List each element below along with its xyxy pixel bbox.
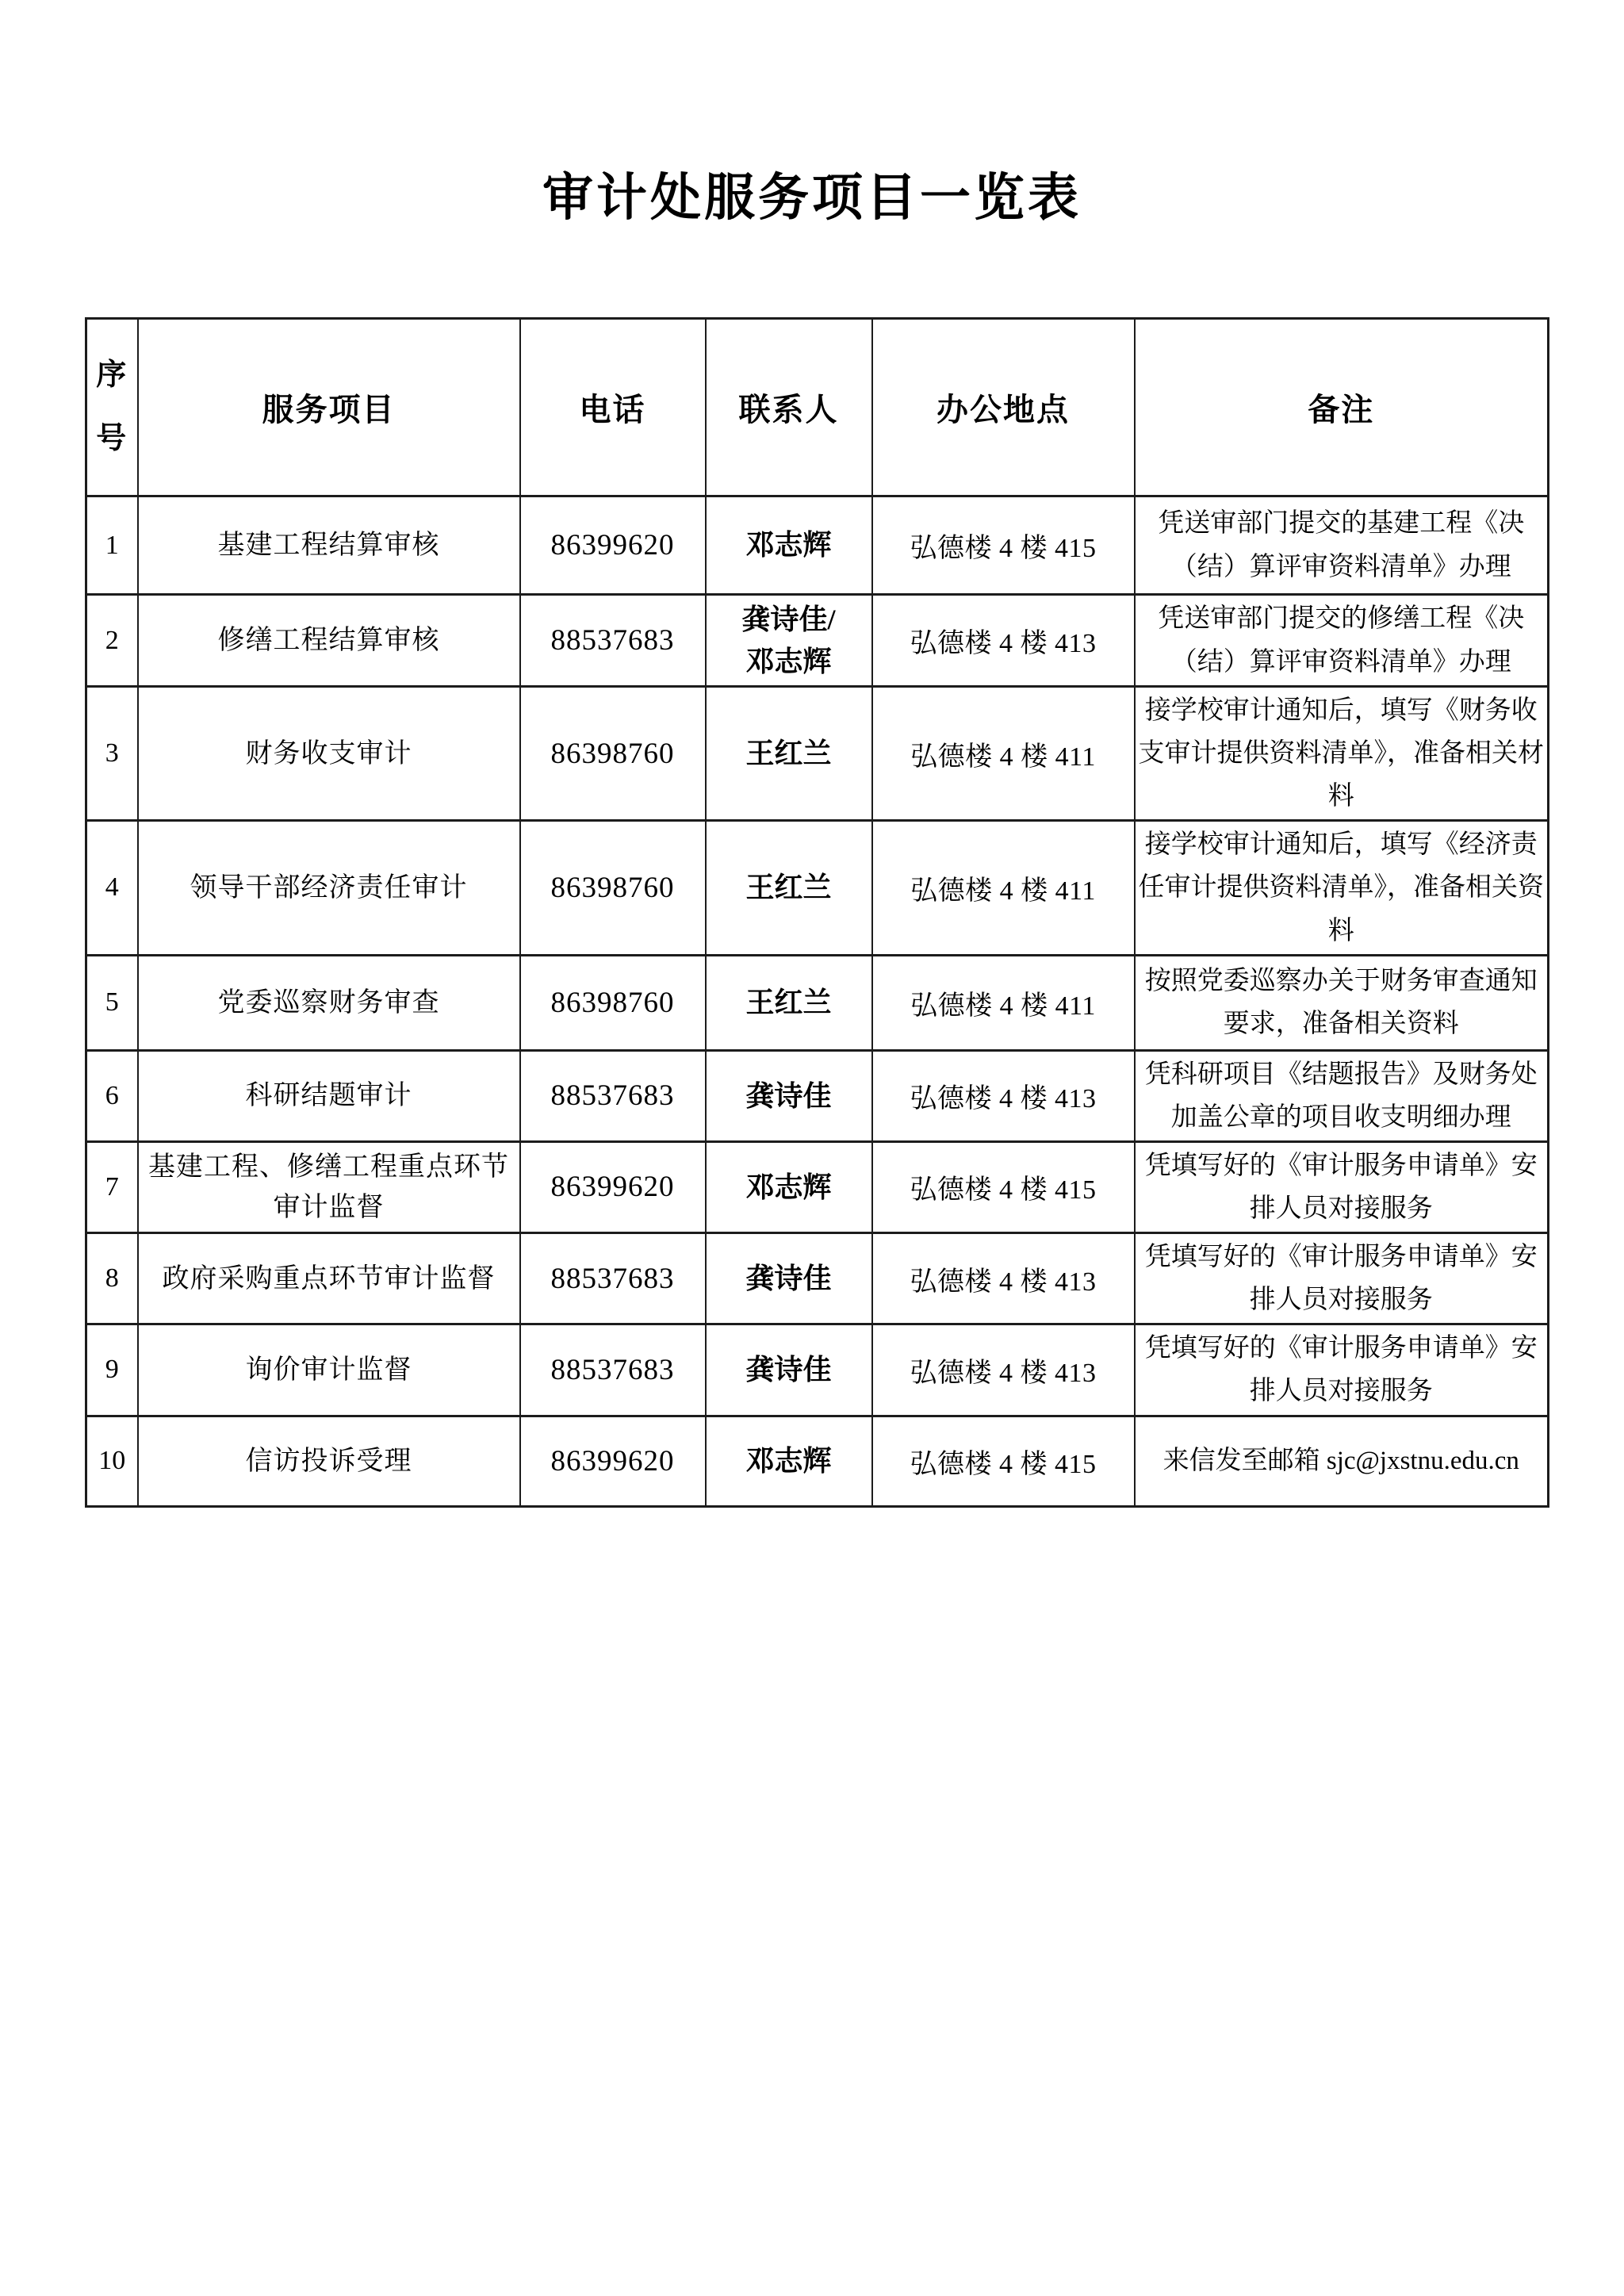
cell-index: 7	[86, 1141, 138, 1232]
cell-contact: 龚诗佳	[706, 1233, 872, 1324]
table-row: 9 询价审计监督 88537683 龚诗佳 弘德楼 4 楼 413 凭填写好的《…	[86, 1324, 1549, 1416]
cell-index: 8	[86, 1233, 138, 1324]
cell-service: 修缮工程结算审核	[138, 595, 520, 687]
cell-phone: 86398760	[520, 687, 706, 821]
table-row: 6 科研结题审计 88537683 龚诗佳 弘德楼 4 楼 413 凭科研项目《…	[86, 1050, 1549, 1141]
cell-service: 基建工程结算审核	[138, 496, 520, 595]
cell-phone: 86398760	[520, 821, 706, 955]
cell-service: 领导干部经济责任审计	[138, 821, 520, 955]
cell-service: 询价审计监督	[138, 1324, 520, 1416]
cell-remark: 来信发至邮箱 sjc@jxstnu.edu.cn	[1135, 1416, 1549, 1506]
cell-phone: 86399620	[520, 496, 706, 595]
table-row: 1 基建工程结算审核 86399620 邓志辉 弘德楼 4 楼 415 凭送审部…	[86, 496, 1549, 595]
header-index: 序 号	[86, 319, 138, 496]
cell-remark: 凭送审部门提交的修缮工程《决（结）算评审资料清单》办理	[1135, 595, 1549, 687]
service-table: 序 号 服务项目 电话 联系人 办公地点 备注 1 基建工程结算审核 86399…	[85, 317, 1549, 1508]
cell-phone: 88537683	[520, 595, 706, 687]
cell-phone: 86398760	[520, 955, 706, 1050]
cell-index: 3	[86, 687, 138, 821]
cell-location: 弘德楼 4 楼 413	[872, 595, 1135, 687]
cell-index: 5	[86, 955, 138, 1050]
cell-index: 10	[86, 1416, 138, 1506]
cell-location: 弘德楼 4 楼 411	[872, 955, 1135, 1050]
cell-service: 基建工程、修缮工程重点环节审计监督	[138, 1141, 520, 1232]
cell-contact: 龚诗佳	[706, 1324, 872, 1416]
cell-remark: 凭送审部门提交的基建工程《决（结）算评审资料清单》办理	[1135, 496, 1549, 595]
cell-location: 弘德楼 4 楼 413	[872, 1233, 1135, 1324]
table-row: 4 领导干部经济责任审计 86398760 王红兰 弘德楼 4 楼 411 接学…	[86, 821, 1549, 955]
table-row: 5 党委巡察财务审查 86398760 王红兰 弘德楼 4 楼 411 按照党委…	[86, 955, 1549, 1050]
cell-contact: 龚诗佳	[706, 1050, 872, 1141]
table-row: 2 修缮工程结算审核 88537683 龚诗佳/ 邓志辉 弘德楼 4 楼 413…	[86, 595, 1549, 687]
table-header-row: 序 号 服务项目 电话 联系人 办公地点 备注	[86, 319, 1549, 496]
cell-location: 弘德楼 4 楼 415	[872, 1416, 1135, 1506]
cell-index: 6	[86, 1050, 138, 1141]
cell-location: 弘德楼 4 楼 413	[872, 1324, 1135, 1416]
header-remark: 备注	[1135, 319, 1549, 496]
cell-index: 1	[86, 496, 138, 595]
table-row: 10 信访投诉受理 86399620 邓志辉 弘德楼 4 楼 415 来信发至邮…	[86, 1416, 1549, 1506]
table-row: 3 财务收支审计 86398760 王红兰 弘德楼 4 楼 411 接学校审计通…	[86, 687, 1549, 821]
cell-phone: 86399620	[520, 1141, 706, 1232]
cell-location: 弘德楼 4 楼 415	[872, 496, 1135, 595]
cell-remark: 凭填写好的《审计服务申请单》安排人员对接服务	[1135, 1233, 1549, 1324]
header-phone: 电话	[520, 319, 706, 496]
cell-phone: 88537683	[520, 1233, 706, 1324]
cell-location: 弘德楼 4 楼 415	[872, 1141, 1135, 1232]
cell-index: 9	[86, 1324, 138, 1416]
cell-location: 弘德楼 4 楼 413	[872, 1050, 1135, 1141]
cell-contact: 邓志辉	[706, 1416, 872, 1506]
header-contact: 联系人	[706, 319, 872, 496]
cell-contact: 王红兰	[706, 687, 872, 821]
cell-remark: 凭科研项目《结题报告》及财务处加盖公章的项目收支明细办理	[1135, 1050, 1549, 1141]
cell-contact: 邓志辉	[706, 1141, 872, 1232]
cell-index: 4	[86, 821, 138, 955]
cell-service: 科研结题审计	[138, 1050, 520, 1141]
cell-remark: 接学校审计通知后，填写《经济责任审计提供资料清单》，准备相关资料	[1135, 821, 1549, 955]
cell-index: 2	[86, 595, 138, 687]
cell-service: 党委巡察财务审查	[138, 955, 520, 1050]
cell-remark: 凭填写好的《审计服务申请单》安排人员对接服务	[1135, 1324, 1549, 1416]
header-location: 办公地点	[872, 319, 1135, 496]
cell-contact: 王红兰	[706, 955, 872, 1050]
cell-phone: 88537683	[520, 1324, 706, 1416]
cell-remark: 按照党委巡察办关于财务审查通知要求，准备相关资料	[1135, 955, 1549, 1050]
table-row: 8 政府采购重点环节审计监督 88537683 龚诗佳 弘德楼 4 楼 413 …	[86, 1233, 1549, 1324]
cell-phone: 86399620	[520, 1416, 706, 1506]
cell-phone: 88537683	[520, 1050, 706, 1141]
cell-remark: 接学校审计通知后，填写《财务收支审计提供资料清单》，准备相关材料	[1135, 687, 1549, 821]
cell-contact: 王红兰	[706, 821, 872, 955]
cell-location: 弘德楼 4 楼 411	[872, 687, 1135, 821]
cell-service: 财务收支审计	[138, 687, 520, 821]
cell-service: 政府采购重点环节审计监督	[138, 1233, 520, 1324]
document-page: 审计处服务项目一览表 序 号 服务项目 电话 联系人 办公地点 备注 1 基建工…	[0, 0, 1624, 2296]
cell-remark: 凭填写好的《审计服务申请单》安排人员对接服务	[1135, 1141, 1549, 1232]
table-row: 7 基建工程、修缮工程重点环节审计监督 86399620 邓志辉 弘德楼 4 楼…	[86, 1141, 1549, 1232]
cell-location: 弘德楼 4 楼 411	[872, 821, 1135, 955]
cell-contact: 龚诗佳/ 邓志辉	[706, 595, 872, 687]
page-title: 审计处服务项目一览表	[0, 0, 1624, 230]
cell-service: 信访投诉受理	[138, 1416, 520, 1506]
header-service: 服务项目	[138, 319, 520, 496]
cell-contact: 邓志辉	[706, 496, 872, 595]
